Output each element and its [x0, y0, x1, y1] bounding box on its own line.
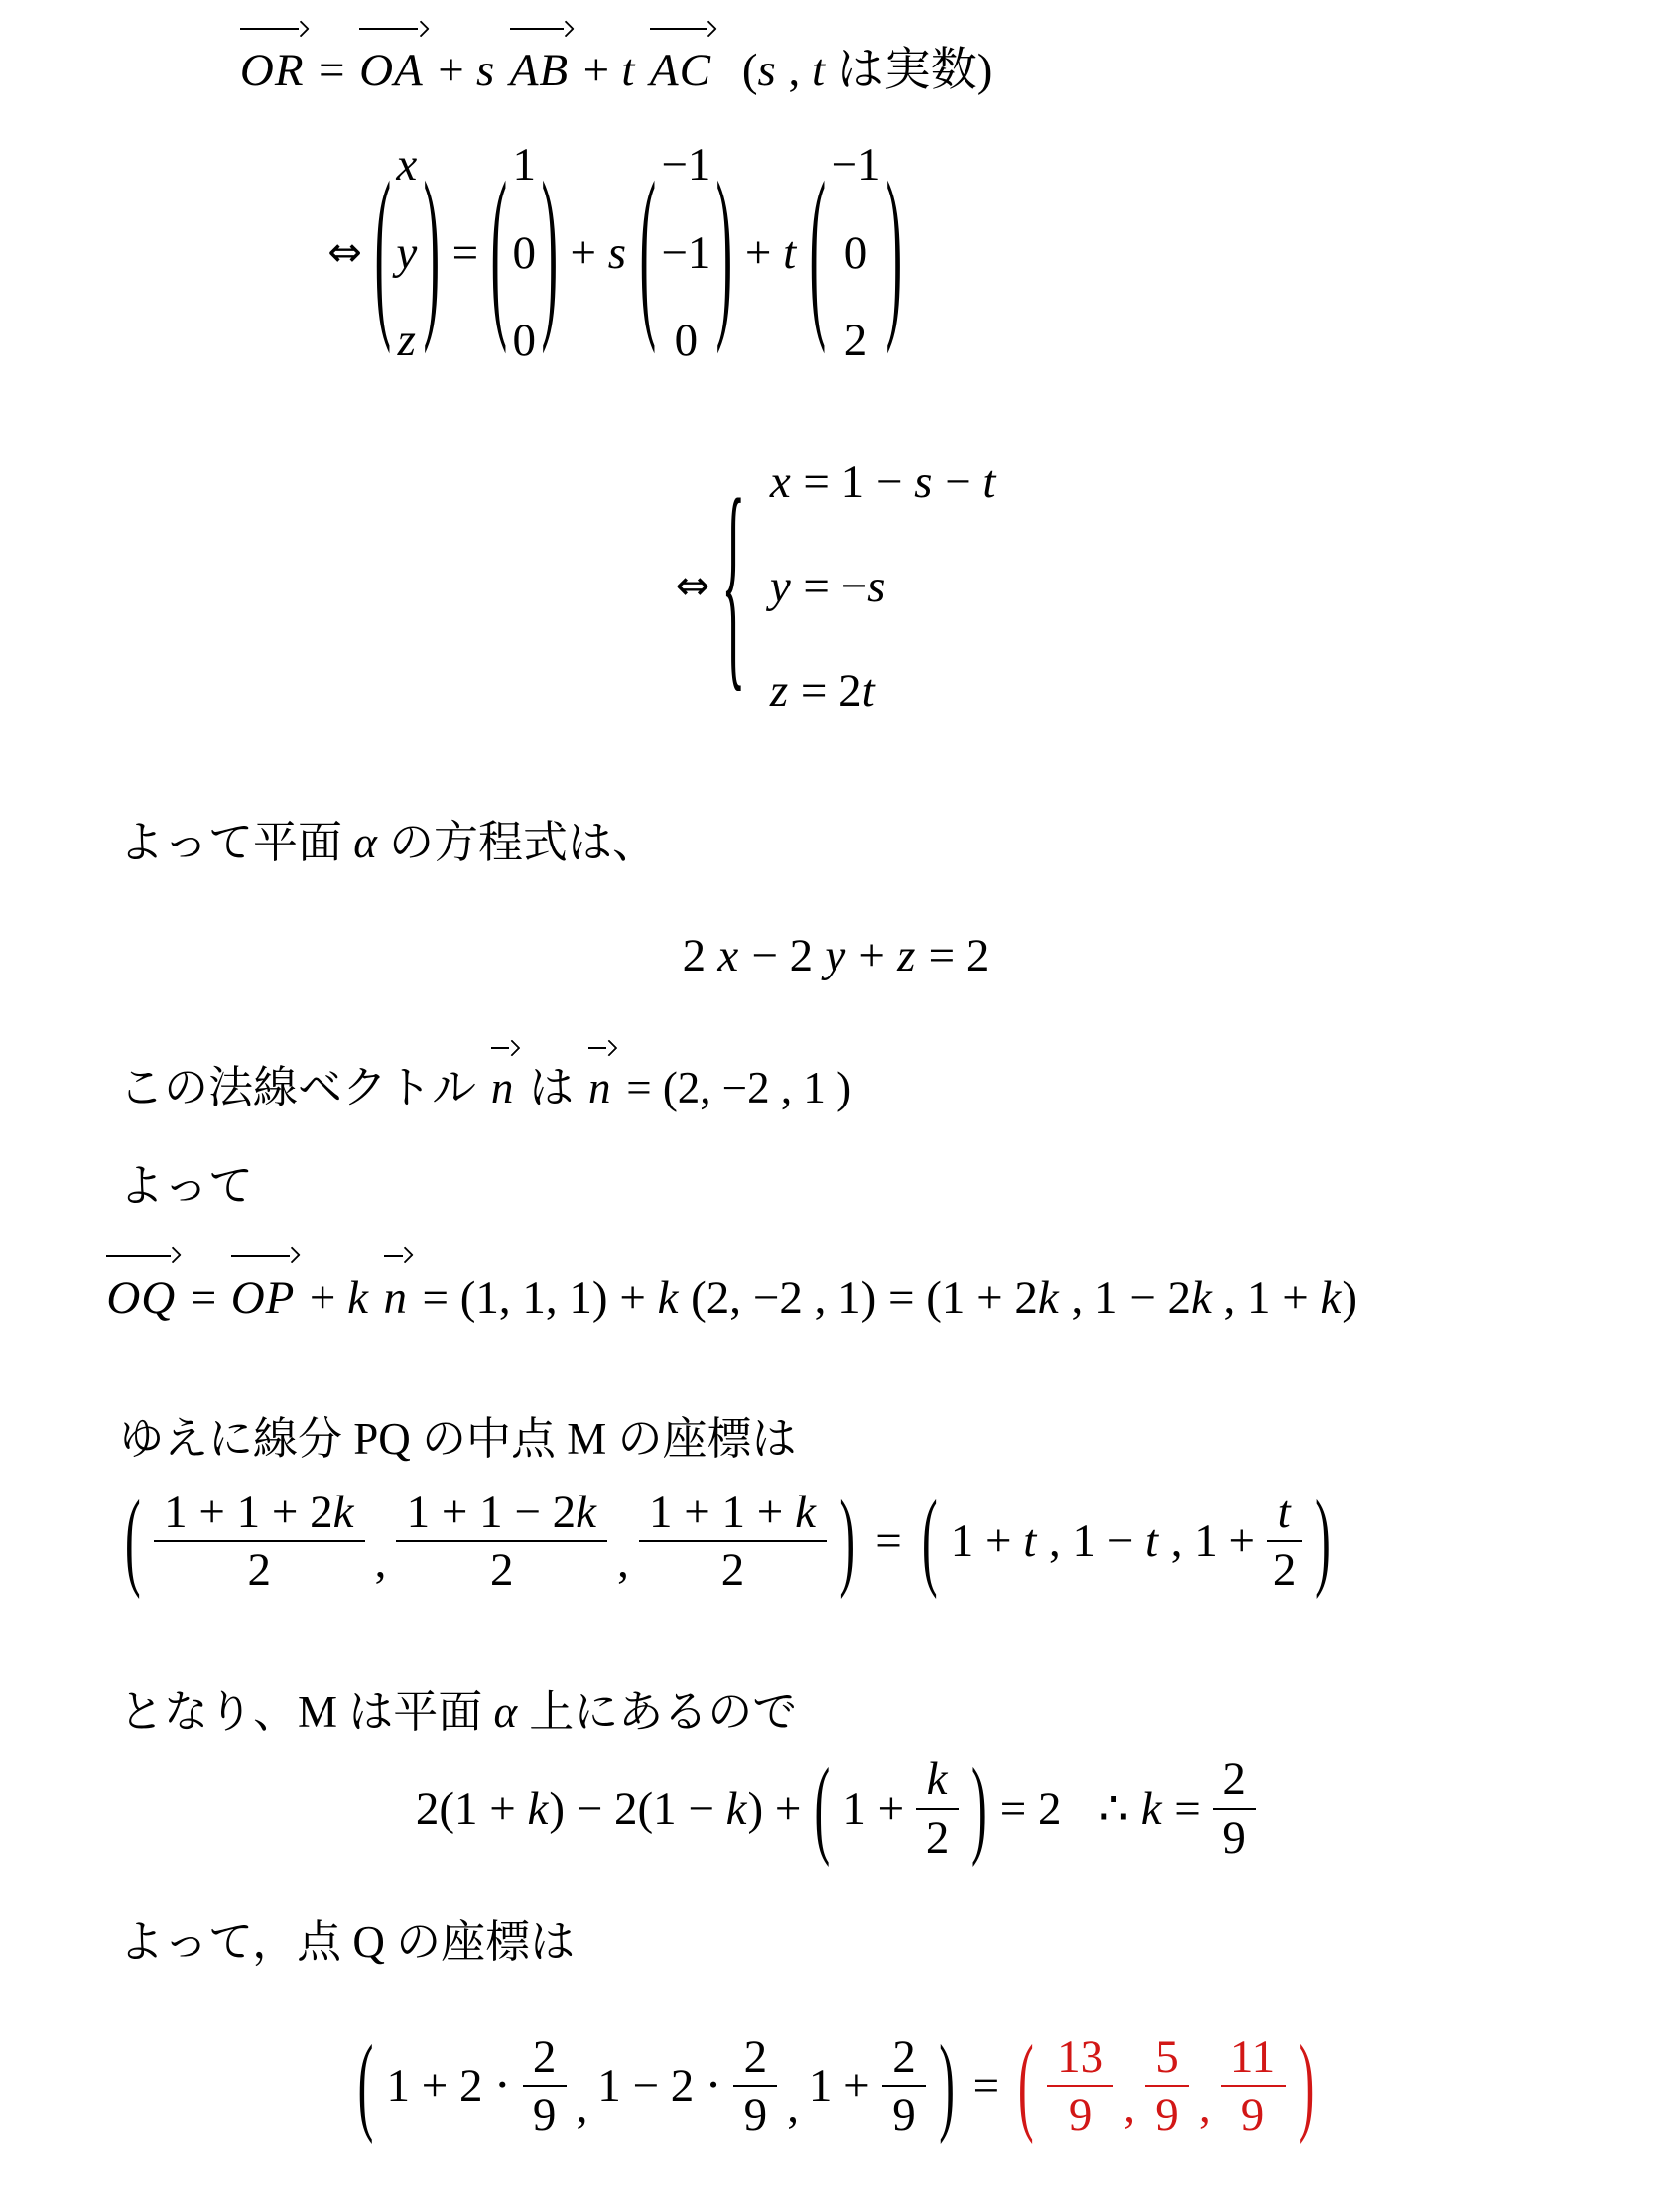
vector-OA: OA	[357, 42, 426, 100]
entry: 0	[513, 224, 537, 283]
fraction-k-over-2: k 2	[916, 1754, 958, 1864]
oq-equation: OQ = OP + k n = (1, 1, 1) + k (2, −2 , 1…	[104, 1253, 1672, 1328]
column-vector-direction-s: ( −1 −1 0 )	[639, 136, 732, 370]
vector-AB: AB	[507, 42, 571, 100]
vector-OQ: OQ	[104, 1269, 178, 1328]
right-paren: )	[541, 133, 557, 372]
therefore-symbol: ∴	[1099, 1780, 1129, 1839]
equals-sign: =	[191, 1269, 217, 1328]
normal-vector-value: = (2, −2 , 1 )	[626, 1060, 851, 1115]
equals-sign: =	[319, 42, 345, 100]
matrix-equation: ⇔ ( x y z ) = ( 1 0 0 ) + s	[0, 136, 1230, 370]
q-term-z: 1 +	[809, 2057, 870, 2116]
q-term-x: 1 + 2 ⋅	[386, 2057, 510, 2116]
yotte-text: よって	[119, 1158, 1672, 1214]
k-equation-inner: 1 +	[842, 1780, 904, 1839]
left-paren: (	[1018, 2017, 1034, 2154]
comma: ,	[375, 1533, 387, 1592]
plus-sign: +	[438, 42, 464, 100]
plus-t-term: + t	[745, 224, 797, 283]
entry: −1	[661, 224, 710, 283]
entry: −1	[832, 136, 881, 195]
k-equation: 2(1 + k) − 2(1 − k) + ( 1 + k 2 ) = 2 ∴ …	[0, 1754, 1672, 1864]
vector-n: n	[586, 1060, 614, 1115]
right-paren: )	[939, 2017, 955, 2154]
plus-sign: +	[583, 42, 610, 100]
entry: 0	[675, 312, 699, 370]
column-vector-direction-t: ( −1 0 2 )	[809, 136, 902, 370]
equals-sign: =	[875, 1512, 902, 1571]
normal-vector-statement: この法線ベクトル n は n = (2, −2 , 1 )	[119, 1060, 1672, 1115]
column-vector-point: ( 1 0 0 )	[490, 136, 558, 370]
comma: ,	[577, 2078, 588, 2137]
fraction-z: 1 + 1 + k 2	[639, 1487, 827, 1597]
column-vector-xyz: ( x y z )	[374, 136, 440, 370]
midpoint-intro: ゆえに線分 PQ の中点 M の座標は	[119, 1411, 1672, 1467]
iff-symbol: ⇔	[676, 561, 710, 612]
normal-vector-mid: は	[529, 1060, 574, 1115]
vector-AC: AC	[648, 42, 714, 100]
k-equation-lead: 2(1 + k) − 2(1 − k) +	[416, 1780, 802, 1839]
left-brace: {	[722, 441, 746, 732]
fraction-x: 1 + 1 + 2k 2	[154, 1487, 365, 1597]
k-value-run: k =	[1141, 1780, 1201, 1839]
left-paren: (	[125, 1473, 141, 1610]
fraction-y: 1 + 1 − 2k 2	[396, 1487, 607, 1597]
vector-OP: OP	[228, 1269, 297, 1328]
system-of-equations: ⇔ { x = 1 − s − t y = −s z = 2t	[0, 454, 1672, 719]
entry: 0	[513, 312, 537, 370]
q-coordinates-intro: よって，点 Q の座標は	[119, 1914, 1672, 1970]
coefficient-s: s	[476, 42, 495, 100]
equation-parametric: OR = OA + s AB + t AC (s , t は実数)	[0, 24, 1230, 100]
real-number-note: (s , t は実数)	[742, 42, 993, 100]
vector-OR: OR	[238, 42, 307, 100]
entry: 2	[844, 312, 868, 370]
oq-expansion: = (1, 1, 1) + k (2, −2 , 1) = (1 + 2k , …	[423, 1269, 1358, 1328]
comma: ,	[1123, 2078, 1135, 2137]
comma: ,	[787, 2078, 799, 2137]
plus-s-term: + s	[570, 224, 627, 283]
left-paren: (	[815, 1741, 831, 1878]
q-term-y: 1 − 2 ⋅	[597, 2057, 721, 2116]
iff-symbol: ⇔	[327, 227, 362, 279]
entry: −1	[661, 136, 710, 195]
left-paren: (	[491, 133, 507, 372]
right-paren: )	[839, 1473, 855, 1610]
matrix-equation-wrapper: ⇔ ( x y z ) = ( 1 0 0 ) + s	[0, 136, 1230, 370]
fraction-t-over-2: t 2	[1267, 1487, 1302, 1597]
math-solution-document: OR = OA + s AB + t AC (s , t は実数) ⇔ ( x …	[0, 0, 1672, 2212]
equation-parametric-wrapper: OR = OA + s AB + t AC (s , t は実数)	[0, 24, 1230, 100]
coefficient-t: t	[621, 42, 635, 100]
fraction-5-over-9: 5 9	[1145, 2031, 1189, 2142]
left-paren: (	[375, 133, 391, 372]
midpoint-rhs-run: 1 + t , 1 − t , 1 +	[951, 1512, 1255, 1571]
k-equation-tail: = 2	[1000, 1780, 1062, 1839]
membership-statement: となり、M は平面 α 上にあるので	[119, 1684, 1672, 1740]
entry: y	[396, 224, 418, 283]
system-row-x: x = 1 − s − t	[770, 454, 997, 512]
plus-k-term: + k	[310, 1269, 369, 1328]
fraction: 2 9	[882, 2031, 926, 2142]
comma: ,	[1199, 2078, 1211, 2137]
fraction-13-over-9: 13 9	[1047, 2031, 1114, 2142]
q-coordinates-equation: ( 1 + 2 ⋅ 2 9 , 1 − 2 ⋅ 2 9 , 1 + 2 9 ) …	[0, 2031, 1672, 2142]
left-paren: (	[358, 2017, 374, 2154]
right-paren: )	[423, 133, 439, 372]
vector-n: n	[489, 1060, 517, 1115]
left-paren: (	[810, 133, 826, 372]
equals-sign: =	[973, 2057, 1000, 2116]
normal-vector-pre: この法線ベクトル	[119, 1060, 476, 1115]
system-row-z: z = 2t	[770, 662, 876, 720]
vector-n: n	[381, 1269, 410, 1328]
right-paren: )	[716, 133, 732, 372]
plane-equation: 2x − 2y + z = 2	[0, 927, 1672, 985]
plane-equation-intro: よって平面 α の方程式は、	[119, 815, 1672, 870]
midpoint-equation: ( 1 + 1 + 2k 2 , 1 + 1 − 2k 2 , 1 + 1 + …	[124, 1487, 1672, 1597]
entry: 1	[513, 136, 537, 195]
right-paren: )	[971, 1741, 987, 1878]
entry: z	[398, 312, 417, 370]
left-paren: (	[640, 133, 656, 372]
right-paren: )	[1315, 1473, 1331, 1610]
fraction-11-over-9: 11 9	[1221, 2031, 1286, 2142]
fraction-2-over-9: 2 9	[1213, 1754, 1256, 1864]
entry: x	[396, 136, 418, 195]
equals-sign: =	[452, 224, 479, 283]
comma: ,	[617, 1533, 629, 1592]
right-paren: )	[1299, 2017, 1315, 2154]
left-paren: (	[922, 1473, 938, 1610]
q-answer-red-group: ( 13 9 , 5 9 , 11 9 )	[1017, 2031, 1315, 2142]
entry: 0	[844, 224, 868, 283]
system-row-y: y = −s	[770, 558, 887, 616]
fraction: 2 9	[733, 2031, 777, 2142]
fraction: 2 9	[523, 2031, 567, 2142]
right-paren: )	[886, 133, 902, 372]
